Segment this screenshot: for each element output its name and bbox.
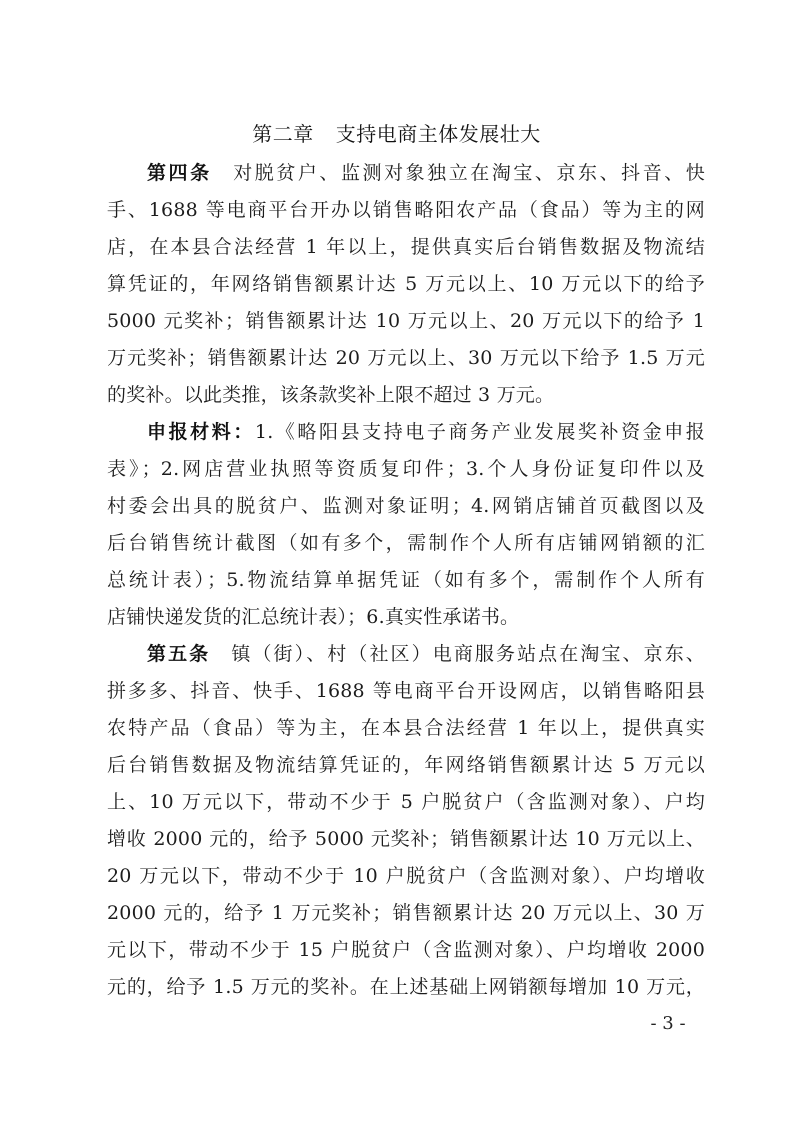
materials-line: 申报材料：1.《略阳县支持电子商务产业发展奖补资金申报 xyxy=(107,414,705,451)
document-body: 第四条 对脱贫户、监测对象独立在淘宝、京东、抖音、快 手、1688 等电商平台开… xyxy=(107,155,705,1006)
article-5-line: 第五条 镇（街）、村（社区）电商服务站点在淘宝、京东、 xyxy=(107,636,705,673)
materials-heading: 申报材料： xyxy=(147,421,255,443)
article-5-line: 20 万元以下，带动不少于 10 户脱贫户（含监测对象）、户均增收 xyxy=(107,858,705,895)
materials-line: 总统计表）；5.物流结算单据凭证（如有多个，需制作个人所有 xyxy=(107,562,705,599)
article-5-heading: 第五条 xyxy=(147,643,210,665)
article-5-line: 增收 2000 元的，给予 5000 元奖补；销售额累计达 10 万元以上、 xyxy=(107,821,705,858)
article-4-line: 万元奖补；销售额累计达 20 万元以上、30 万元以下给予 1.5 万元 xyxy=(107,340,705,377)
chapter-number: 第二章 xyxy=(252,122,314,146)
article-4-line: 的奖补。以此类推，该条款奖补上限不超过 3 万元。 xyxy=(107,377,705,414)
document-page: 第二章支持电商主体发展壮大 第四条 对脱贫户、监测对象独立在淘宝、京东、抖音、快… xyxy=(0,0,793,1122)
article-5-line: 农特产品（食品）等为主，在本县合法经营 1 年以上，提供真实 xyxy=(107,710,705,747)
chapter-title: 第二章支持电商主体发展壮大 xyxy=(0,118,793,150)
article-5-line: 元以下，带动不少于 15 户脱贫户（含监测对象）、户均增收 2000 xyxy=(107,932,705,969)
materials-line: 村委会出具的脱贫户、监测对象证明；4.网销店铺首页截图以及 xyxy=(107,488,705,525)
chapter-heading: 支持电商主体发展壮大 xyxy=(336,122,541,146)
article-4-line: 手、1688 等电商平台开办以销售略阳农产品（食品）等为主的网 xyxy=(107,192,705,229)
article-4-line: 5000 元奖补；销售额累计达 10 万元以上、20 万元以下的给予 1 xyxy=(107,303,705,340)
article-5-line: 后台销售数据及物流结算凭证的，年网络销售额累计达 5 万元以 xyxy=(107,747,705,784)
materials-line: 表》；2.网店营业执照等资质复印件；3.个人身份证复印件以及 xyxy=(107,451,705,488)
materials-line: 后台销售统计截图（如有多个，需制作个人所有店铺网销额的汇 xyxy=(107,525,705,562)
article-5-line: 元的，给予 1.5 万元的奖补。在上述基础上网销额每增加 10 万元， xyxy=(107,969,705,1006)
materials-line: 店铺快递发货的汇总统计表）；6.真实性承诺书。 xyxy=(107,599,705,636)
page-number: - 3 - xyxy=(640,1010,696,1038)
article-4-heading: 第四条 xyxy=(147,162,212,184)
article-4-line: 算凭证的，年网络销售额累计达 5 万元以上、10 万元以下的给予 xyxy=(107,266,705,303)
article-5-line: 上、10 万元以下，带动不少于 5 户脱贫户（含监测对象）、户均 xyxy=(107,784,705,821)
article-4-line: 店，在本县合法经营 1 年以上，提供真实后台销售数据及物流结 xyxy=(107,229,705,266)
article-4-line: 第四条 对脱贫户、监测对象独立在淘宝、京东、抖音、快 xyxy=(107,155,705,192)
article-5-line: 拼多多、抖音、快手、1688 等电商平台开设网店，以销售略阳县 xyxy=(107,673,705,710)
article-5-line: 2000 元的，给予 1 万元奖补；销售额累计达 20 万元以上、30 万 xyxy=(107,895,705,932)
